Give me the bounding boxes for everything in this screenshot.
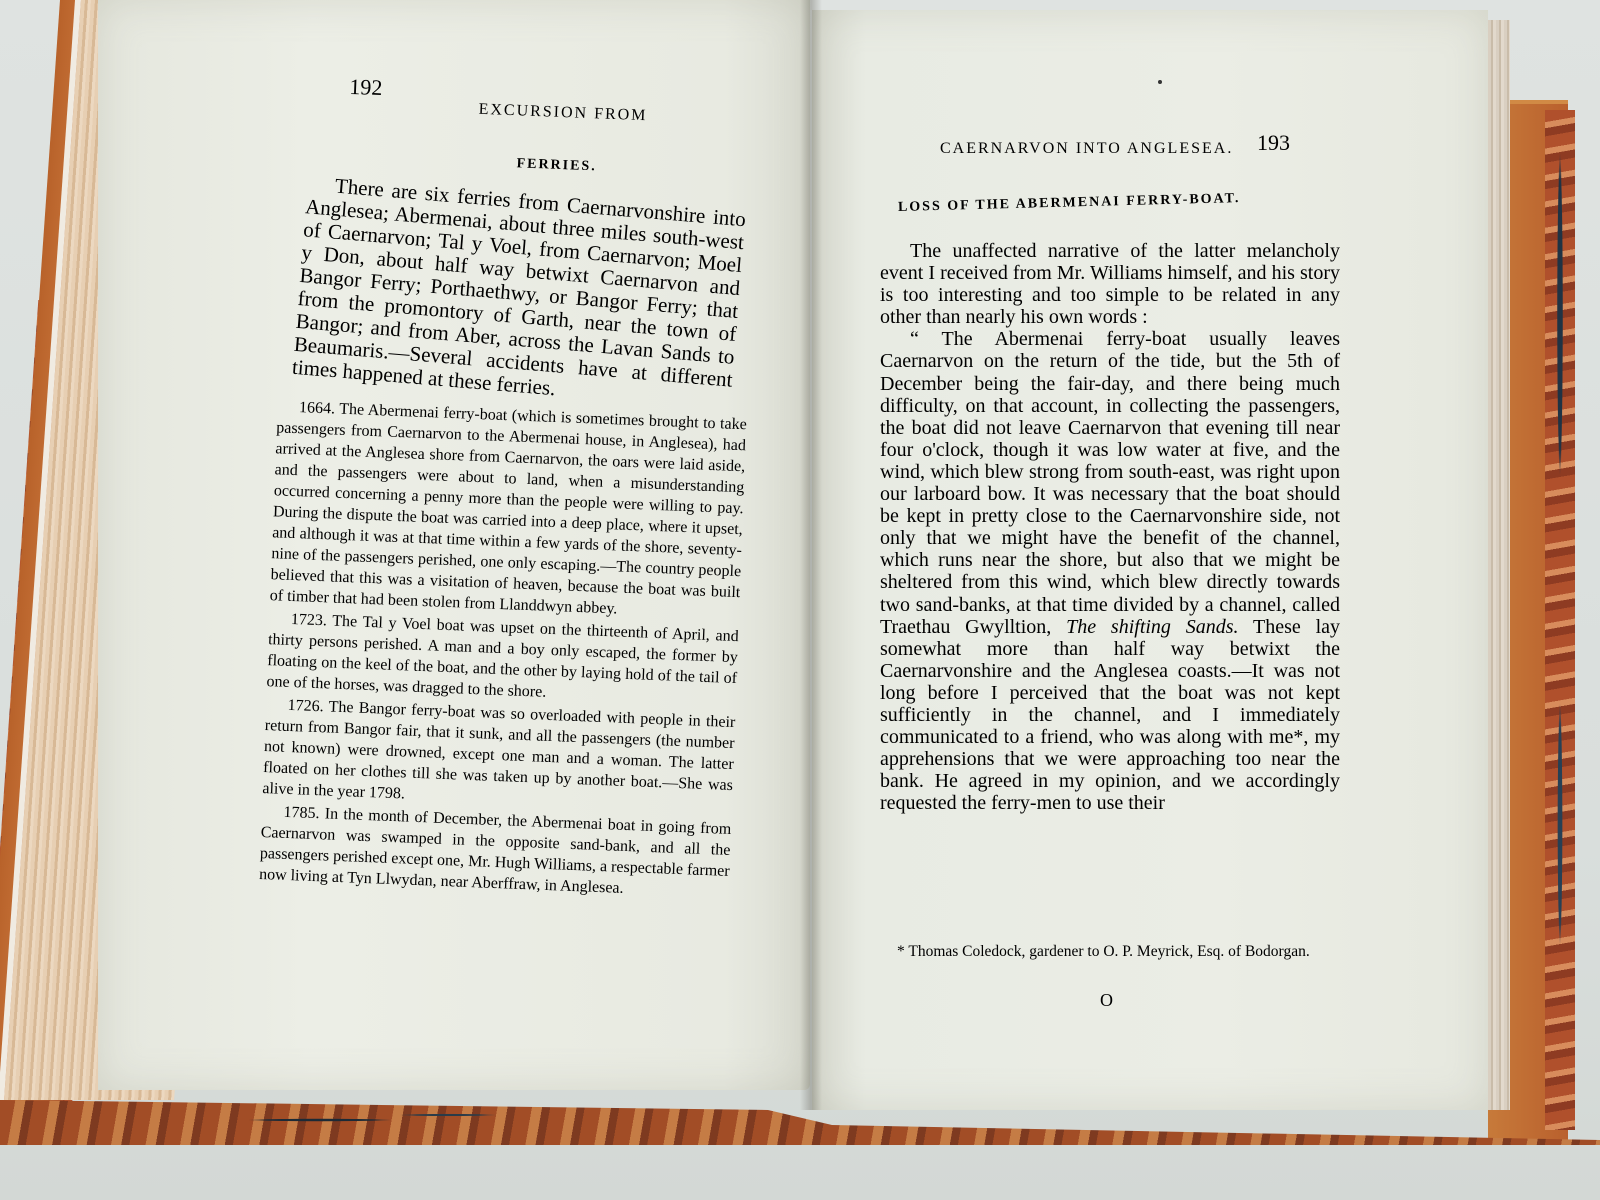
book-gutter (800, 0, 822, 1110)
ferries-paragraph: There are six ferries from Caernarvonshi… (291, 172, 746, 414)
accident-year: 1726. (287, 697, 324, 715)
ferry-accidents-list: 1664. The Abermenai ferry-boat (which is… (259, 396, 748, 905)
accident-text: The Bangor ferry-boat was so overloaded … (262, 698, 736, 802)
footnote: * Thomas Coledock, gardener to O. P. Mey… (877, 942, 1342, 962)
section-heading-ferries: FERRIES. (516, 156, 597, 175)
quote-paragraph: “ The Abermenai ferry-boat usually leave… (880, 328, 1340, 814)
accident-year: 1723. (291, 611, 328, 629)
accident-year: 1664. (299, 399, 336, 417)
accident-text: The Abermenai ferry-boat (which is somet… (270, 401, 748, 618)
quote-text-part1: “ The Abermenai ferry-boat usually leave… (880, 328, 1340, 637)
page-number-left: 192 (349, 74, 383, 101)
paper-speck (1158, 80, 1162, 84)
accident-text: In the month of December, the Abermenai … (259, 805, 732, 897)
ferries-text: There are six ferries from Caernarvonshi… (291, 172, 746, 414)
page-number-right: 193 (1257, 130, 1290, 156)
accident-entry: 1664. The Abermenai ferry-boat (which is… (269, 396, 747, 624)
accident-year: 1785. (283, 804, 320, 822)
signature-mark: O (1100, 990, 1113, 1011)
intro-paragraph: The unaffected narrative of the latter m… (880, 240, 1340, 328)
accident-entry: 1726. The Bangor ferry-boat was so overl… (262, 694, 736, 817)
quote-text-part2: These lay somewhat more than half way be… (880, 616, 1340, 815)
quote-italic-shifting-sands: The shifting Sands. (1066, 616, 1238, 638)
accident-entry: 1723. The Tal y Voel boat was upset on t… (266, 608, 739, 710)
open-book-photo: 192 EXCURSION FROM FERRIES. There are si… (0, 0, 1600, 1200)
narrative-text: The unaffected narrative of the latter m… (880, 240, 1340, 814)
accident-text: The Tal y Voel boat was upset on the thi… (266, 613, 739, 701)
marbled-cover-right (1545, 110, 1575, 1130)
running-head-right: CAERNARVON INTO ANGLESEA. (940, 140, 1233, 158)
accident-entry: 1785. In the month of December, the Aber… (259, 801, 732, 903)
